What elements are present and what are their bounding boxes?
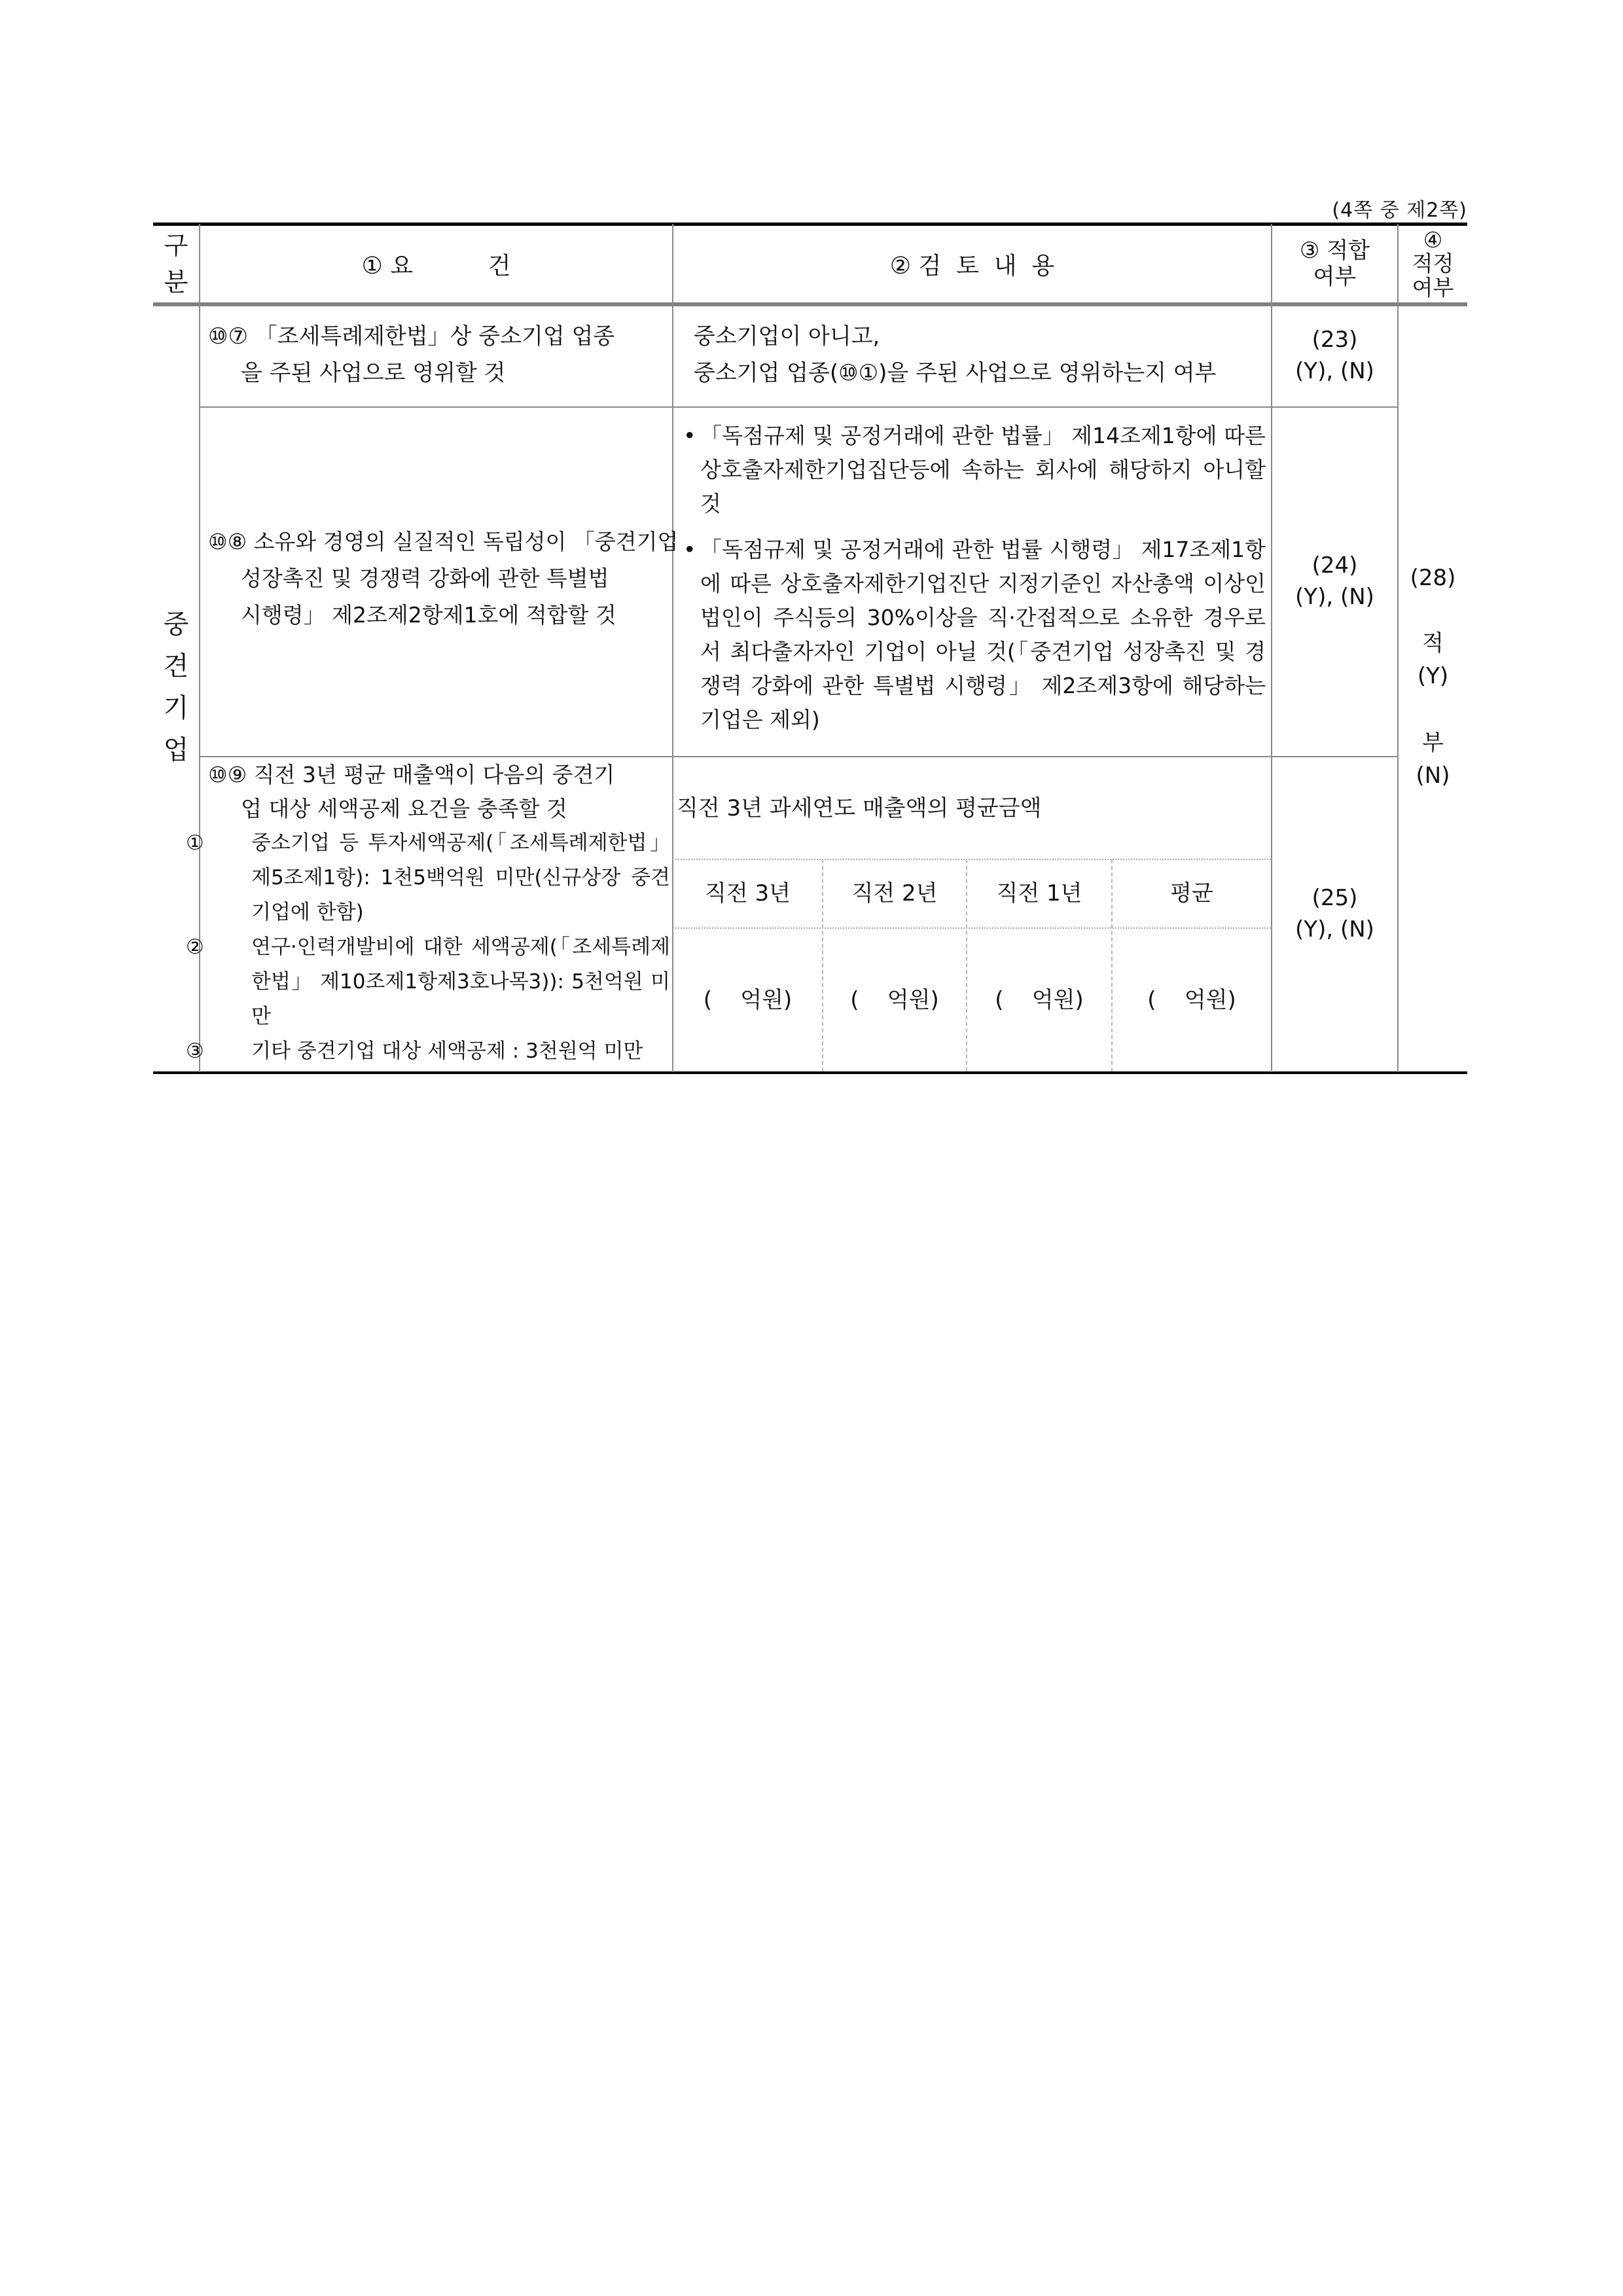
bullet-text: 「독점규제 및 공정거래에 관한 법률」 제14조제1항에 따른 상호출자제한기… xyxy=(700,419,1266,521)
header-compliance: ③ 적합 여부 xyxy=(1272,226,1397,302)
header-category-char: 구 xyxy=(164,228,188,264)
row-109-compliance: (25) (Y), (N) xyxy=(1272,757,1397,1071)
header-review: ② 검 토 내 용 xyxy=(673,226,1271,302)
bullet-text: 「독점규제 및 공정거래에 관한 법률 시행령」 제17조제1항에 따른 상호출… xyxy=(700,533,1266,737)
requirement-line: 시행령」 제2조제2항제1호에 적합할 것 xyxy=(208,597,666,634)
compliance-options[interactable]: (Y), (N) xyxy=(1295,914,1374,946)
bullet-icon: • xyxy=(683,533,700,737)
revenue-value-2y[interactable]: ( 억원) xyxy=(823,929,966,1071)
row-108-compliance: (24) (Y), (N) xyxy=(1272,408,1397,756)
sub-item-text: 중소기업 등 투자세액공제(「조세특례제한법」 제5조제1항): 1천5백억원 … xyxy=(251,831,670,924)
revenue-value-1y[interactable]: ( 억원) xyxy=(967,929,1111,1071)
category-char: 중 xyxy=(164,603,189,645)
category-char: 견 xyxy=(164,645,189,687)
revenue-header-3y: 직전 3년 xyxy=(673,860,822,927)
revenue-value-avg[interactable]: ( 억원) xyxy=(1113,929,1271,1071)
appropriateness-code: (28) xyxy=(1399,563,1467,593)
row-107-requirement: ⑩⑦ 「조세특례제한법」상 중소기업 업종 을 주된 사업으로 영위할 것 xyxy=(208,318,666,391)
sub-item: ②연구·인력개발비에 대한 세액공제(「조세특례제한법」 제10조제1항제3호나… xyxy=(208,930,670,1034)
header-requirement: ① 요 건 xyxy=(200,226,672,302)
review-line: 중소기업 업종(⑩①)을 주된 사업으로 영위하는지 여부 xyxy=(694,355,1270,391)
row-109-requirement: ⑩⑨ 직전 3년 평균 매출액이 다음의 중견기 업 대상 세액공제 요건을 충… xyxy=(208,758,670,1069)
sub-item: ③기타 중견기업 대상 세액공제 : 3천원억 미만 xyxy=(208,1034,670,1069)
compliance-options[interactable]: (Y), (N) xyxy=(1295,356,1374,387)
row1-bottom-border xyxy=(199,406,1397,408)
header-appropriateness-line: 여부 xyxy=(1412,276,1454,300)
header-compliance-line: ③ 적합 xyxy=(1300,238,1370,264)
appropriateness-no-code[interactable]: (N) xyxy=(1399,759,1467,792)
review-bullet: • 「독점규제 및 공정거래에 관한 법률」 제14조제1항에 따른 상호출자제… xyxy=(683,419,1266,521)
category-label: 중 견 기 업 xyxy=(153,592,199,782)
appropriateness-yes-code[interactable]: (Y) xyxy=(1399,660,1467,692)
compliance-options[interactable]: (Y), (N) xyxy=(1295,582,1374,613)
header-category: 구 분 xyxy=(153,226,199,302)
compliance-code: (24) xyxy=(1312,550,1358,582)
row-107-review: 중소기업이 아니고, 중소기업 업종(⑩①)을 주된 사업으로 영위하는지 여부 xyxy=(694,318,1270,391)
row-107-compliance: (23) (Y), (N) xyxy=(1272,305,1397,406)
sub-item-text: 기타 중견기업 대상 세액공제 : 3천원억 미만 xyxy=(251,1039,643,1063)
revenue-value-3y[interactable]: ( 억원) xyxy=(673,929,822,1071)
compliance-code: (23) xyxy=(1312,325,1358,356)
row-108-requirement: ⑩⑧ 소유와 경영의 실질적인 독립성이 「중견기업 성장촉진 및 경쟁력 강화… xyxy=(208,524,666,634)
sub-item-text: 연구·인력개발비에 대한 세액공제(「조세특례제한법」 제10조제1항제3호나목… xyxy=(251,935,670,1028)
category-char: 기 xyxy=(164,687,189,729)
row-108-review: • 「독점규제 및 공정거래에 관한 법률」 제14조제1항에 따른 상호출자제… xyxy=(683,419,1266,737)
header-bottom-border xyxy=(153,302,1467,306)
page-indicator: (4쪽 중 제2쪽) xyxy=(1302,194,1467,223)
sub-item-mark: ② xyxy=(219,930,251,965)
appropriateness-no-label[interactable]: 부 xyxy=(1399,726,1467,759)
table-bottom-border xyxy=(153,1071,1467,1074)
review-line: 중소기업이 아니고, xyxy=(694,318,1270,355)
revenue-title: 직전 3년 과세연도 매출액의 평균금액 xyxy=(677,758,1269,859)
row2-bottom-border xyxy=(199,756,1397,757)
revenue-header-avg: 평균 xyxy=(1113,860,1271,927)
requirement-line: ⑩⑧ 소유와 경영의 실질적인 독립성이 「중견기업 xyxy=(208,524,666,560)
revenue-header-2y: 직전 2년 xyxy=(823,860,966,927)
header-appropriateness-line: ④ xyxy=(1423,228,1443,252)
sub-item-mark: ① xyxy=(219,826,251,861)
compliance-code: (25) xyxy=(1312,883,1358,914)
requirement-line: ⑩⑦ 「조세특례제한법」상 중소기업 업종 xyxy=(208,318,666,355)
requirement-line: ⑩⑨ 직전 3년 평균 매출액이 다음의 중견기 xyxy=(208,758,670,792)
sub-item-mark: ③ xyxy=(219,1034,251,1069)
requirement-line: 성장촉진 및 경쟁력 강화에 관한 특별법 xyxy=(208,560,666,597)
review-bullet: • 「독점규제 및 공정거래에 관한 법률 시행령」 제17조제1항에 따른 상… xyxy=(683,533,1266,737)
header-category-char: 분 xyxy=(164,264,188,300)
header-appropriateness-line: 적정 xyxy=(1412,252,1454,276)
appropriateness-cell: (28) 적 (Y) 부 (N) xyxy=(1399,563,1467,792)
header-appropriateness: ④ 적정 여부 xyxy=(1399,226,1467,302)
category-char: 업 xyxy=(164,729,189,771)
header-compliance-line: 여부 xyxy=(1313,264,1357,290)
requirement-line: 업 대상 세액공제 요건을 충족할 것 xyxy=(208,792,670,826)
appropriateness-yes-label[interactable]: 적 xyxy=(1399,627,1467,660)
bullet-icon: • xyxy=(683,419,700,521)
revenue-header-1y: 직전 1년 xyxy=(967,860,1111,927)
requirement-line: 을 주된 사업으로 영위할 것 xyxy=(208,355,666,391)
sub-item: ①중소기업 등 투자세액공제(「조세특례제한법」 제5조제1항): 1천5백억원… xyxy=(208,826,670,930)
